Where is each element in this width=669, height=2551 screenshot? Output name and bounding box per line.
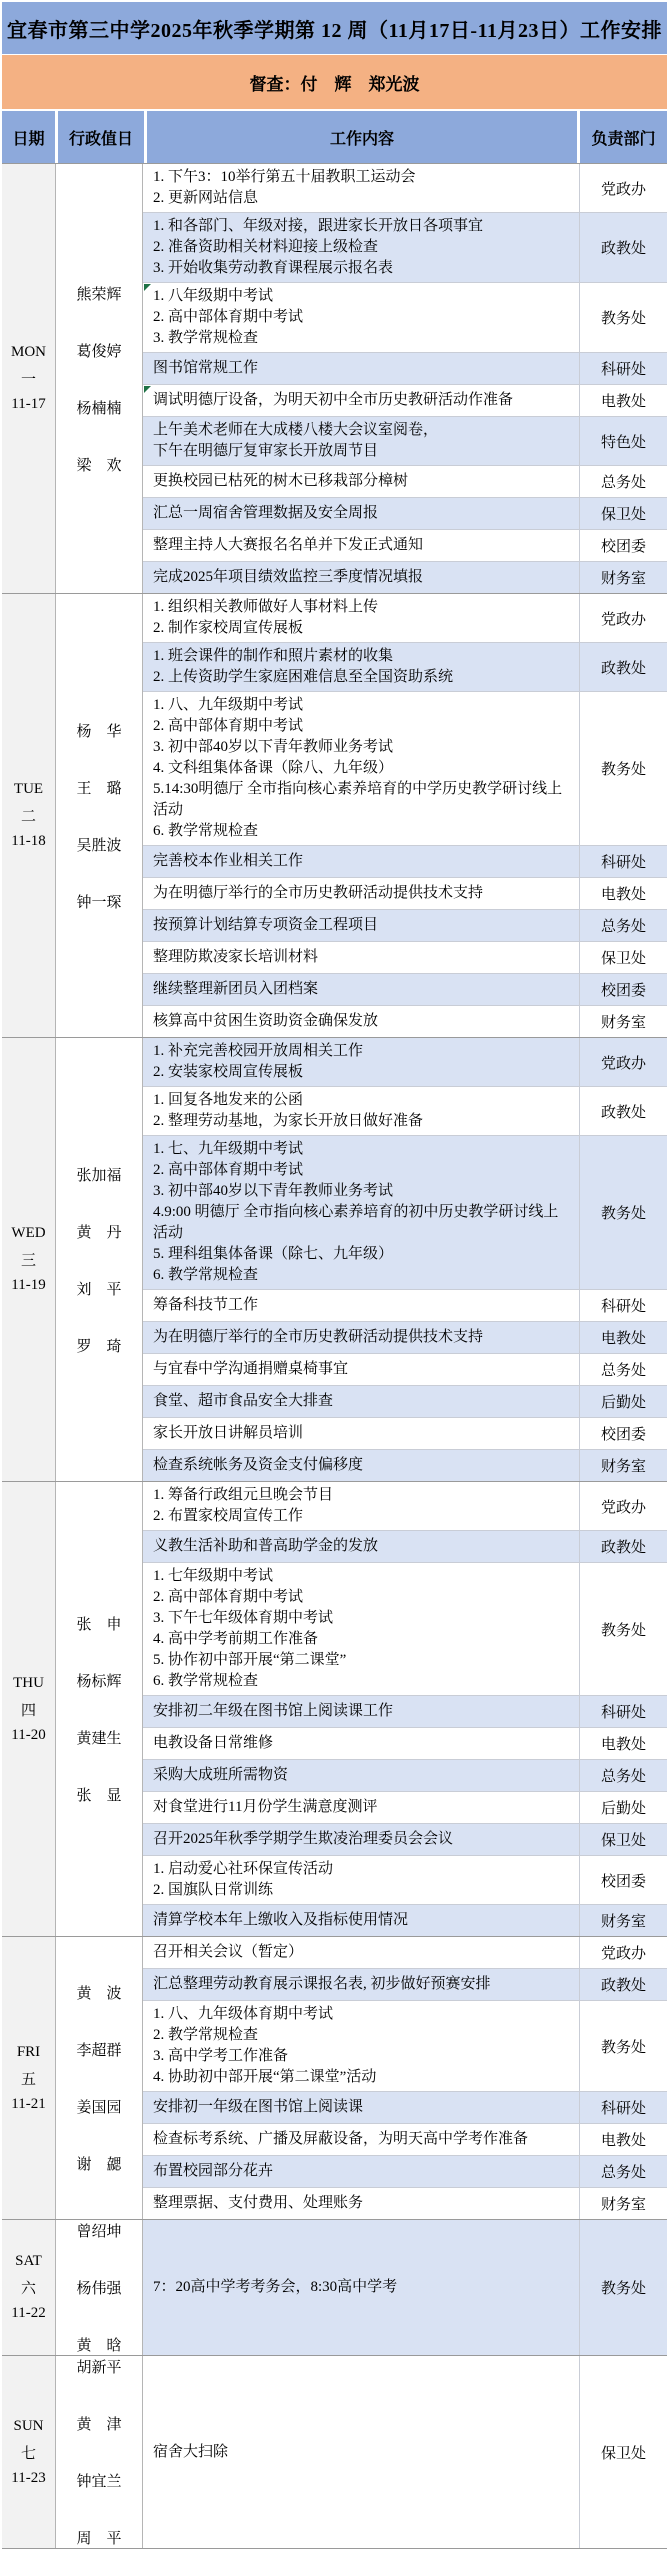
table-row: 继续整理新团员入团档案校团委: [143, 974, 667, 1006]
task-content: 继续整理新团员入团档案: [143, 974, 579, 1005]
day-code-label: SUN: [13, 2418, 43, 2435]
table-row: 完成2025年项目绩效监控三季度情况填报财务室: [143, 562, 667, 593]
task-content: 为在明德厅举行的全市历史教研活动提供技术支持: [143, 878, 579, 909]
department-cell: 后勤处: [579, 1792, 667, 1823]
day-date-label: 11-20: [11, 1727, 45, 1744]
table-row: 1. 下午3：10举行第五十届教职工运动会2. 更新网站信息党政办: [143, 164, 667, 213]
department-cell: 总务处: [579, 1760, 667, 1791]
task-list: 1. 下午3：10举行第五十届教职工运动会2. 更新网站信息党政办1. 和各部门…: [143, 164, 667, 593]
day-date-label: 11-23: [11, 2470, 45, 2487]
duty-name: 葛俊婷: [76, 340, 121, 361]
task-content: 1. 补充完善校园开放周相关工作2. 安装家校周宣传展板: [143, 1038, 579, 1086]
table-row: 为在明德厅举行的全市历史教研活动提供技术支持电教处: [143, 878, 667, 910]
table-row: 上午美术老师在大成楼八楼大会议室阅卷，下午在明德厅复审家长开放周节目特色处: [143, 417, 667, 466]
task-list: 1. 筹备行政组元旦晚会节目2. 布置家校周宣传工作党政办义教生活补助和普高助学…: [143, 1482, 667, 1936]
table-row: 完善校本作业相关工作科研处: [143, 846, 667, 878]
day-zh-label: 四: [21, 1699, 36, 1720]
task-line: 对食堂进行11月份学生满意度测评: [153, 1797, 573, 1818]
day-section-tue: TUE二11-18杨 华王 璐吴胜波钟一琛1. 组织相关教师做好人事材料上传2.…: [2, 594, 667, 1038]
task-line: 1. 八年级期中考试: [153, 286, 573, 307]
table-row: 1. 七年级期中考试2. 高中部体育期中考试3. 下午七年级体育期中考试4. 高…: [143, 1563, 667, 1696]
day-section-sat: SAT六11-22曾绍坤杨伟强黄 晗7：20高中学考考务会，8:30高中学考教务…: [2, 2220, 667, 2356]
date-cell: FRI五11-21: [2, 1937, 56, 2219]
task-line: 5. 协作初中部开展“第二课堂”: [153, 1650, 573, 1671]
department-cell: 政教处: [579, 1531, 667, 1562]
duty-name: 王 璐: [76, 777, 121, 798]
task-list: 宿舍大扫除保卫处: [143, 2356, 667, 2548]
task-content: 1. 和各部门、年级对接，跟进家长开放日各项事宜2. 准备资助相关材料迎接上级检…: [143, 213, 579, 282]
task-list: 1. 补充完善校园开放周相关工作2. 安装家校周宣传展板党政办1. 回复各地发来…: [143, 1038, 667, 1481]
task-line: 2. 上传资助学生家庭困难信息至全国资助系统: [153, 667, 573, 688]
task-line: 3. 下午七年级体育期中考试: [153, 1608, 573, 1629]
department-cell: 校团委: [579, 1418, 667, 1449]
table-row: 图书馆常规工作科研处: [143, 353, 667, 385]
table-row: 按预算计划结算专项资金工程项目总务处: [143, 910, 667, 942]
task-line: 按预算计划结算专项资金工程项目: [153, 915, 573, 936]
task-line: 2. 更新网站信息: [153, 188, 573, 209]
task-line: 2. 国旗队日常训练: [153, 1880, 573, 1901]
day-code-label: FRI: [17, 2044, 40, 2061]
day-code-label: TUE: [14, 781, 43, 798]
task-line: 核算高中贫困生资助资金确保发放: [153, 1011, 573, 1032]
department-cell: 保卫处: [579, 2356, 667, 2548]
task-content: 筹备科技节工作: [143, 1290, 579, 1321]
duty-name: 钟宜兰: [76, 2470, 121, 2491]
table-row: 1. 组织相关教师做好人事材料上传2. 制作家校周宣传展板党政办: [143, 594, 667, 643]
department-cell: 教务处: [579, 1136, 667, 1289]
table-row: 布置校园部分花卉总务处: [143, 2156, 667, 2188]
department-cell: 保卫处: [579, 498, 667, 529]
department-cell: 财务室: [579, 1905, 667, 1936]
task-line: 6. 教学常规检查: [153, 1671, 573, 1692]
task-line: 筹备科技节工作: [153, 1295, 573, 1316]
department-cell: 电教处: [579, 1322, 667, 1353]
task-line: 4. 协助初中部开展“第二课堂”活动: [153, 2067, 573, 2088]
task-content: 1. 筹备行政组元旦晚会节目2. 布置家校周宣传工作: [143, 1482, 579, 1530]
task-content: 安排初二年级在图书馆上阅读课工作: [143, 1696, 579, 1727]
duty-roster: 张加福黄 丹刘 平罗 琦: [56, 1038, 143, 1481]
day-date-label: 11-21: [11, 2096, 45, 2113]
department-cell: 财务室: [579, 1450, 667, 1481]
task-line: 1. 补充完善校园开放周相关工作: [153, 1041, 573, 1062]
date-cell: SUN七11-23: [2, 2356, 56, 2548]
task-line: 为在明德厅举行的全市历史教研活动提供技术支持: [153, 883, 573, 904]
day-section-wed: WED三11-19张加福黄 丹刘 平罗 琦1. 补充完善校园开放周相关工作2. …: [2, 1038, 667, 1482]
department-cell: 科研处: [579, 846, 667, 877]
date-cell: SAT六11-22: [2, 2220, 56, 2355]
table-row: 1. 启动爱心社环保宣传活动2. 国旗队日常训练校团委: [143, 1856, 667, 1905]
duty-name: 黄 津: [76, 2413, 121, 2434]
department-cell: 政教处: [579, 213, 667, 282]
table-row: 召开2025年秋季学期学生欺凌治理委员会会议保卫处: [143, 1824, 667, 1856]
task-line: 1. 七、九年级期中考试: [153, 1139, 573, 1160]
table-row: 调试明德厅设备，为明天初中全市历史教研活动作准备电教处: [143, 385, 667, 417]
department-cell: 科研处: [579, 353, 667, 384]
table-row: 1. 八年级期中考试2. 高中部体育期中考试3. 教学常规检查教务处: [143, 283, 667, 353]
task-line: 4. 高中学考前期工作准备: [153, 1629, 573, 1650]
department-cell: 教务处: [579, 1563, 667, 1695]
task-list: 1. 组织相关教师做好人事材料上传2. 制作家校周宣传展板党政办1. 班会课件的…: [143, 594, 667, 1037]
day-zh-label: 七: [21, 2442, 36, 2463]
table-header: 日期 行政值日 工作内容 负责部门: [2, 111, 667, 163]
task-content: 1. 回复各地发来的公函2. 整理劳动基地，为家长开放日做好准备: [143, 1087, 579, 1135]
table-row: 与宜春中学沟通捐赠桌椅事宜总务处: [143, 1354, 667, 1386]
duty-name: 张 显: [76, 1784, 121, 1805]
task-line: 整理主持人大赛报名名单并下发正式通知: [153, 535, 573, 556]
duty-name: 黄 波: [76, 1982, 121, 2003]
task-content: 1. 八、九年级期中考试2. 高中部体育期中考试3. 初中部40岁以下青年教师业…: [143, 692, 579, 845]
task-content: 汇总整理劳动教育展示课报名表, 初步做好预赛安排: [143, 1969, 579, 2000]
table-row: 1. 班会课件的制作和照片素材的收集2. 上传资助学生家庭困难信息至全国资助系统…: [143, 643, 667, 692]
department-cell: 校团委: [579, 530, 667, 561]
task-line: 4.9:00 明德厅 全市指向核心素养培育的初中历史教学研讨线上活动: [153, 1202, 573, 1244]
table-row: 更换校园已枯死的树木已移栽部分樟树总务处: [143, 466, 667, 498]
task-line: 召开2025年秋季学期学生欺凌治理委员会会议: [153, 1829, 573, 1850]
table-row: 整理防欺凌家长培训材料保卫处: [143, 942, 667, 974]
task-content: 上午美术老师在大成楼八楼大会议室阅卷，下午在明德厅复审家长开放周节目: [143, 417, 579, 465]
table-row: 采购大成班所需物资总务处: [143, 1760, 667, 1792]
day-zh-label: 五: [21, 2068, 36, 2089]
task-line: 完成2025年项目绩效监控三季度情况填报: [153, 567, 573, 588]
department-cell: 保卫处: [579, 942, 667, 973]
task-content: 7：20高中学考考务会，8:30高中学考: [143, 2220, 579, 2355]
task-line: 2. 高中部体育期中考试: [153, 307, 573, 328]
schedule-sheet: 宜春市第三中学2025年秋季学期第 12 周（11月17日-11月23日）工作安…: [0, 0, 669, 2551]
department-cell: 特色处: [579, 417, 667, 465]
duty-name: 熊荣辉: [76, 283, 121, 304]
task-line: 2. 教学常规检查: [153, 2025, 573, 2046]
column-header-date: 日期: [2, 111, 55, 163]
task-line: 3. 初中部40岁以下青年教师业务考试: [153, 737, 573, 758]
task-line: 1. 组织相关教师做好人事材料上传: [153, 597, 573, 618]
task-content: 图书馆常规工作: [143, 353, 579, 384]
department-cell: 党政办: [579, 594, 667, 642]
table-row: 1. 筹备行政组元旦晚会节目2. 布置家校周宣传工作党政办: [143, 1482, 667, 1531]
department-cell: 校团委: [579, 1856, 667, 1904]
task-line: 义教生活补助和普高助学金的发放: [153, 1536, 573, 1557]
table-row: 1. 和各部门、年级对接，跟进家长开放日各项事宜2. 准备资助相关材料迎接上级检…: [143, 213, 667, 283]
department-cell: 教务处: [579, 2001, 667, 2091]
task-content: 整理票据、支付费用、处理账务: [143, 2188, 579, 2219]
task-line: 1. 回复各地发来的公函: [153, 1090, 573, 1111]
duty-roster: 黄 波李超群姜国园谢 勰: [56, 1937, 143, 2219]
duty-name: 吴胜波: [76, 834, 121, 855]
duty-name: 黄 丹: [76, 1221, 121, 1242]
day-code-label: SAT: [15, 2253, 42, 2270]
duty-name: 杨 华: [76, 720, 121, 741]
department-cell: 科研处: [579, 2092, 667, 2123]
day-zh-label: 三: [21, 1249, 36, 1270]
task-line: 3. 教学常规检查: [153, 328, 573, 349]
task-content: 检查标考系统、广播及屏蔽设备，为明天高中学考作准备: [143, 2124, 579, 2155]
duty-name: 杨伟强: [76, 2277, 121, 2298]
task-content: 食堂、超市食品安全大排查: [143, 1386, 579, 1417]
date-cell: WED三11-19: [2, 1038, 56, 1481]
day-section-sun: SUN七11-23胡新平黄 津钟宜兰周 平宿舍大扫除保卫处: [2, 2356, 667, 2549]
task-content: 1. 下午3：10举行第五十届教职工运动会2. 更新网站信息: [143, 164, 579, 212]
date-cell: TUE二11-18: [2, 594, 56, 1037]
table-row: 对食堂进行11月份学生满意度测评后勤处: [143, 1792, 667, 1824]
task-content: 召开2025年秋季学期学生欺凌治理委员会会议: [143, 1824, 579, 1855]
table-row: 1. 补充完善校园开放周相关工作2. 安装家校周宣传展板党政办: [143, 1038, 667, 1087]
task-line: 2. 高中部体育期中考试: [153, 1160, 573, 1181]
task-line: 召开相关会议（暂定）: [153, 1942, 573, 1963]
table-body: MON一11-17熊荣辉葛俊婷杨楠楠梁 欢1. 下午3：10举行第五十届教职工运…: [2, 163, 667, 2549]
task-line: 1. 八、九年级期中考试: [153, 695, 573, 716]
department-cell: 科研处: [579, 1696, 667, 1727]
supervisor-row: 督查：付 辉 郑光波: [2, 55, 667, 109]
day-date-label: 11-17: [11, 396, 45, 413]
duty-roster: 胡新平黄 津钟宜兰周 平: [56, 2356, 143, 2548]
task-line: 3. 高中学考工作准备: [153, 2046, 573, 2067]
table-row: 核算高中贫困生资助资金确保发放财务室: [143, 1006, 667, 1037]
table-row: 1. 回复各地发来的公函2. 整理劳动基地，为家长开放日做好准备政教处: [143, 1087, 667, 1136]
task-line: 2. 制作家校周宣传展板: [153, 618, 573, 639]
department-cell: 电教处: [579, 2124, 667, 2155]
duty-roster: 熊荣辉葛俊婷杨楠楠梁 欢: [56, 164, 143, 593]
task-content: 安排初一年级在图书馆上阅读课: [143, 2092, 579, 2123]
task-line: 家长开放日讲解员培训: [153, 1423, 573, 1444]
task-line: 1. 下午3：10举行第五十届教职工运动会: [153, 167, 573, 188]
task-content: 家长开放日讲解员培训: [143, 1418, 579, 1449]
task-content: 1. 班会课件的制作和照片素材的收集2. 上传资助学生家庭困难信息至全国资助系统: [143, 643, 579, 691]
task-line: 汇总整理劳动教育展示课报名表, 初步做好预赛安排: [153, 1974, 573, 1995]
table-row: 家长开放日讲解员培训校团委: [143, 1418, 667, 1450]
task-line: 2. 高中部体育期中考试: [153, 716, 573, 737]
duty-name: 周 平: [76, 2527, 121, 2548]
table-row: 为在明德厅举行的全市历史教研活动提供技术支持电教处: [143, 1322, 667, 1354]
task-content: 调试明德厅设备，为明天初中全市历史教研活动作准备: [143, 385, 579, 416]
task-line: 1. 和各部门、年级对接，跟进家长开放日各项事宜: [153, 216, 573, 237]
department-cell: 总务处: [579, 1354, 667, 1385]
table-row: 1. 七、九年级期中考试2. 高中部体育期中考试3. 初中部40岁以下青年教师业…: [143, 1136, 667, 1290]
task-line: 1. 筹备行政组元旦晚会节目: [153, 1485, 573, 1506]
task-content: 对食堂进行11月份学生满意度测评: [143, 1792, 579, 1823]
department-cell: 总务处: [579, 2156, 667, 2187]
task-content: 为在明德厅举行的全市历史教研活动提供技术支持: [143, 1322, 579, 1353]
duty-roster: 杨 华王 璐吴胜波钟一琛: [56, 594, 143, 1037]
table-row: 安排初一年级在图书馆上阅读课科研处: [143, 2092, 667, 2124]
table-row: 筹备科技节工作科研处: [143, 1290, 667, 1322]
task-line: 食堂、超市食品安全大排查: [153, 1391, 573, 1412]
task-line: 完善校本作业相关工作: [153, 851, 573, 872]
task-content: 与宜春中学沟通捐赠桌椅事宜: [143, 1354, 579, 1385]
date-cell: MON一11-17: [2, 164, 56, 593]
department-cell: 总务处: [579, 466, 667, 497]
task-line: 清算学校本年上缴收入及指标使用情况: [153, 1910, 573, 1931]
day-section-fri: FRI五11-21黄 波李超群姜国园谢 勰召开相关会议（暂定）党政办汇总整理劳动…: [2, 1937, 667, 2220]
task-content: 采购大成班所需物资: [143, 1760, 579, 1791]
task-content: 召开相关会议（暂定）: [143, 1937, 579, 1968]
duty-name: 黄建生: [76, 1727, 121, 1748]
duty-name: 姜国园: [76, 2096, 121, 2117]
cell-flag-icon: [144, 284, 151, 291]
column-header-content: 工作内容: [144, 111, 577, 163]
duty-name: 胡新平: [76, 2356, 121, 2377]
task-content: 1. 八年级期中考试2. 高中部体育期中考试3. 教学常规检查: [143, 283, 579, 352]
department-cell: 党政办: [579, 164, 667, 212]
duty-name: 钟一琛: [76, 891, 121, 912]
day-section-mon: MON一11-17熊荣辉葛俊婷杨楠楠梁 欢1. 下午3：10举行第五十届教职工运…: [2, 164, 667, 594]
duty-name: 杨楠楠: [76, 397, 121, 418]
duty-name: 梁 欢: [76, 454, 121, 475]
table-row: 7：20高中学考考务会，8:30高中学考教务处: [143, 2220, 667, 2355]
task-line: 3. 初中部40岁以下青年教师业务考试: [153, 1181, 573, 1202]
department-cell: 教务处: [579, 692, 667, 845]
column-header-department: 负责部门: [577, 111, 667, 163]
duty-name: 曾绍坤: [76, 2220, 121, 2241]
page-title: 宜春市第三中学2025年秋季学期第 12 周（11月17日-11月23日）工作安…: [2, 2, 667, 54]
department-cell: 政教处: [579, 1087, 667, 1135]
table-row: 1. 八、九年级期中考试2. 高中部体育期中考试3. 初中部40岁以下青年教师业…: [143, 692, 667, 846]
task-line: 与宜春中学沟通捐赠桌椅事宜: [153, 1359, 573, 1380]
task-line: 5. 理科组集体备课（除七、九年级）: [153, 1244, 573, 1265]
department-cell: 校团委: [579, 974, 667, 1005]
department-cell: 教务处: [579, 2220, 667, 2355]
task-line: 1. 启动爱心社环保宣传活动: [153, 1859, 573, 1880]
task-content: 清算学校本年上缴收入及指标使用情况: [143, 1905, 579, 1936]
task-content: 1. 组织相关教师做好人事材料上传2. 制作家校周宣传展板: [143, 594, 579, 642]
department-cell: 财务室: [579, 1006, 667, 1037]
duty-name: 黄 晗: [76, 2334, 121, 2355]
task-content: 按预算计划结算专项资金工程项目: [143, 910, 579, 941]
table-row: 电教设备日常维修电教处: [143, 1728, 667, 1760]
duty-name: 张加福: [76, 1164, 121, 1185]
task-line: 2. 布置家校周宣传工作: [153, 1506, 573, 1527]
cell-flag-icon: [144, 386, 151, 393]
day-date-label: 11-19: [11, 1277, 45, 1294]
task-line: 6. 教学常规检查: [153, 1265, 573, 1286]
task-content: 义教生活补助和普高助学金的发放: [143, 1531, 579, 1562]
table-row: 汇总一周宿舍管理数据及安全周报保卫处: [143, 498, 667, 530]
task-content: 1. 启动爱心社环保宣传活动2. 国旗队日常训练: [143, 1856, 579, 1904]
department-cell: 党政办: [579, 1482, 667, 1530]
table-row: 检查系统帐务及资金支付偏移度财务室: [143, 1450, 667, 1481]
task-content: 整理主持人大赛报名名单并下发正式通知: [143, 530, 579, 561]
department-cell: 教务处: [579, 283, 667, 352]
day-code-label: WED: [11, 1225, 45, 1242]
department-cell: 党政办: [579, 1038, 667, 1086]
table-row: 宿舍大扫除保卫处: [143, 2356, 667, 2548]
task-line: 汇总一周宿舍管理数据及安全周报: [153, 503, 573, 524]
task-content: 更换校园已枯死的树木已移栽部分樟树: [143, 466, 579, 497]
task-line: 电教设备日常维修: [153, 1733, 573, 1754]
department-cell: 电教处: [579, 385, 667, 416]
table-row: 整理票据、支付费用、处理账务财务室: [143, 2188, 667, 2219]
department-cell: 科研处: [579, 1290, 667, 1321]
task-line: 安排初二年级在图书馆上阅读课工作: [153, 1701, 573, 1722]
column-header-duty: 行政值日: [55, 111, 144, 163]
table-row: 整理主持人大赛报名名单并下发正式通知校团委: [143, 530, 667, 562]
table-row: 召开相关会议（暂定）党政办: [143, 1937, 667, 1969]
table-row: 食堂、超市食品安全大排查后勤处: [143, 1386, 667, 1418]
department-cell: 保卫处: [579, 1824, 667, 1855]
day-section-thu: THU四11-20张 申杨标辉黄建生张 显1. 筹备行政组元旦晚会节目2. 布置…: [2, 1482, 667, 1937]
task-line: 整理防欺凌家长培训材料: [153, 947, 573, 968]
task-line: 下午在明德厅复审家长开放周节目: [153, 441, 573, 462]
day-date-label: 11-18: [11, 833, 45, 850]
task-content: 汇总一周宿舍管理数据及安全周报: [143, 498, 579, 529]
task-line: 3. 开始收集劳动教育课程展示报名表: [153, 258, 573, 279]
department-cell: 电教处: [579, 878, 667, 909]
task-line: 2. 高中部体育期中考试: [153, 1587, 573, 1608]
task-line: 上午美术老师在大成楼八楼大会议室阅卷，: [153, 420, 573, 441]
day-code-label: THU: [13, 1675, 44, 1692]
task-line: 4. 文科组集体备课（除八、九年级）: [153, 758, 573, 779]
table-row: 义教生活补助和普高助学金的发放政教处: [143, 1531, 667, 1563]
department-cell: 后勤处: [579, 1386, 667, 1417]
task-line: 继续整理新团员入团档案: [153, 979, 573, 1000]
department-cell: 党政办: [579, 1937, 667, 1968]
task-list: 召开相关会议（暂定）党政办汇总整理劳动教育展示课报名表, 初步做好预赛安排政教处…: [143, 1937, 667, 2219]
duty-name: 李超群: [76, 2039, 121, 2060]
table-row: 汇总整理劳动教育展示课报名表, 初步做好预赛安排政教处: [143, 1969, 667, 2001]
task-line: 检查系统帐务及资金支付偏移度: [153, 1455, 573, 1476]
task-content: 整理防欺凌家长培训材料: [143, 942, 579, 973]
day-zh-label: 一: [21, 368, 36, 389]
table-row: 安排初二年级在图书馆上阅读课工作科研处: [143, 1696, 667, 1728]
task-line: 整理票据、支付费用、处理账务: [153, 2193, 573, 2214]
task-line: 采购大成班所需物资: [153, 1765, 573, 1786]
task-content: 完善校本作业相关工作: [143, 846, 579, 877]
task-line: 布置校园部分花卉: [153, 2161, 573, 2182]
date-cell: THU四11-20: [2, 1482, 56, 1936]
task-content: 1. 八、九年级体育期中考试2. 教学常规检查3. 高中学考工作准备4. 协助初…: [143, 2001, 579, 2091]
task-line: 为在明德厅举行的全市历史教研活动提供技术支持: [153, 1327, 573, 1348]
task-line: 1. 班会课件的制作和照片素材的收集: [153, 646, 573, 667]
task-line: 2. 准备资助相关材料迎接上级检查: [153, 237, 573, 258]
task-content: 1. 七、九年级期中考试2. 高中部体育期中考试3. 初中部40岁以下青年教师业…: [143, 1136, 579, 1289]
department-cell: 财务室: [579, 562, 667, 593]
day-date-label: 11-22: [11, 2305, 45, 2322]
table-row: 检查标考系统、广播及屏蔽设备，为明天高中学考作准备电教处: [143, 2124, 667, 2156]
department-cell: 政教处: [579, 643, 667, 691]
task-content: 布置校园部分花卉: [143, 2156, 579, 2187]
department-cell: 总务处: [579, 910, 667, 941]
task-line: 图书馆常规工作: [153, 358, 573, 379]
task-content: 完成2025年项目绩效监控三季度情况填报: [143, 562, 579, 593]
task-content: 1. 七年级期中考试2. 高中部体育期中考试3. 下午七年级体育期中考试4. 高…: [143, 1563, 579, 1695]
duty-name: 罗 琦: [76, 1335, 121, 1356]
duty-name: 杨标辉: [76, 1670, 121, 1691]
department-cell: 电教处: [579, 1728, 667, 1759]
duty-name: 张 申: [76, 1613, 121, 1634]
task-line: 2. 整理劳动基地，为家长开放日做好准备: [153, 1111, 573, 1132]
day-zh-label: 二: [21, 805, 36, 826]
day-code-label: MON: [11, 344, 46, 361]
task-content: 检查系统帐务及资金支付偏移度: [143, 1450, 579, 1481]
task-line: 宿舍大扫除: [153, 2442, 573, 2463]
task-line: 调试明德厅设备，为明天初中全市历史教研活动作准备: [153, 390, 573, 411]
department-cell: 政教处: [579, 1969, 667, 2000]
task-content: 宿舍大扫除: [143, 2356, 579, 2548]
table-row: 清算学校本年上缴收入及指标使用情况财务室: [143, 1905, 667, 1936]
task-line: 安排初一年级在图书馆上阅读课: [153, 2097, 573, 2118]
task-line: 6. 教学常规检查: [153, 821, 573, 842]
task-line: 2. 安装家校周宣传展板: [153, 1062, 573, 1083]
task-line: 检查标考系统、广播及屏蔽设备，为明天高中学考作准备: [153, 2129, 573, 2150]
table-row: 1. 八、九年级体育期中考试2. 教学常规检查3. 高中学考工作准备4. 协助初…: [143, 2001, 667, 2092]
day-zh-label: 六: [21, 2277, 36, 2298]
duty-name: 刘 平: [76, 1278, 121, 1299]
department-cell: 财务室: [579, 2188, 667, 2219]
task-line: 1. 八、九年级体育期中考试: [153, 2004, 573, 2025]
duty-roster: 曾绍坤杨伟强黄 晗: [56, 2220, 143, 2355]
task-content: 核算高中贫困生资助资金确保发放: [143, 1006, 579, 1037]
task-list: 7：20高中学考考务会，8:30高中学考教务处: [143, 2220, 667, 2355]
task-line: 5.14:30明德厅 全市指向核心素养培育的中学历史教学研讨线上活动: [153, 779, 573, 821]
task-content: 电教设备日常维修: [143, 1728, 579, 1759]
